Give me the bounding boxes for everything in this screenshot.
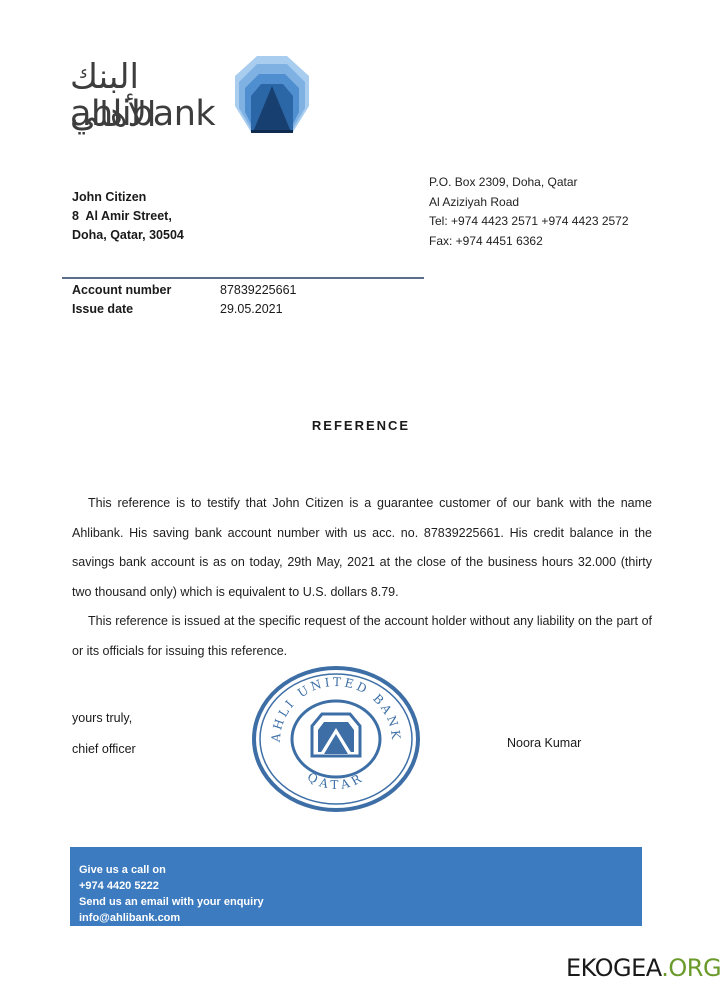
contact-footer: Give us a call on +974 4420 5222 Send us… [70,847,642,926]
body-paragraph-2: This reference is issued at the specific… [72,607,652,666]
logo-latin-name: ahlibank [70,94,215,134]
watermark-main: EKOGEA [566,954,661,982]
ahlibank-octagon-logo-icon [233,54,311,136]
closing-role: chief officer [72,734,136,765]
ahli-united-bank-stamp-icon: AHLI UNITED BANK QATAR [248,664,424,814]
footer-call-label: Give us a call on [79,862,642,878]
recipient-street: 8 Al Amir Street, [72,207,184,226]
watermark-tld: .ORG [661,954,720,982]
recipient-name: John Citizen [72,188,184,207]
svg-text:QATAR: QATAR [305,770,367,792]
watermark: EKOGEA.ORG [566,954,720,982]
account-number-row: Account number 87839225661 [72,281,296,300]
bank-tel: Tel: +974 4423 2571 +974 4423 2572 [429,212,629,232]
footer-email-label: Send us an email with your enquiry [79,894,642,910]
issue-date-row: Issue date 29.05.2021 [72,300,296,319]
bank-address-line1: P.O. Box 2309, Doha, Qatar [429,173,629,193]
issue-date-label: Issue date [72,300,220,319]
stamp-bottom-text: QATAR [305,770,367,792]
account-number-label: Account number [72,281,220,300]
bank-fax: Fax: +974 4451 6362 [429,232,629,252]
bank-address-line2: Al Aziziyah Road [429,193,629,213]
divider [62,277,424,279]
closing-salutation: yours truly, [72,703,136,734]
footer-email[interactable]: info@ahlibank.com [79,910,642,926]
bank-address: P.O. Box 2309, Doha, Qatar Al Aziziyah R… [429,173,629,251]
account-number-value: 87839225661 [220,281,296,300]
account-info: Account number 87839225661 Issue date 29… [72,281,296,319]
signatory-name: Noora Kumar [507,736,581,750]
document-title: REFERENCE [0,418,720,433]
recipient-city: Doha, Qatar, 30504 [72,226,184,245]
closing: yours truly, chief officer [72,703,136,765]
reference-body: This reference is to testify that John C… [72,489,652,666]
recipient-address: John Citizen 8 Al Amir Street, Doha, Qat… [72,188,184,245]
body-paragraph-1: This reference is to testify that John C… [72,489,652,607]
issue-date-value: 29.05.2021 [220,300,283,319]
footer-phone[interactable]: +974 4420 5222 [79,878,642,894]
